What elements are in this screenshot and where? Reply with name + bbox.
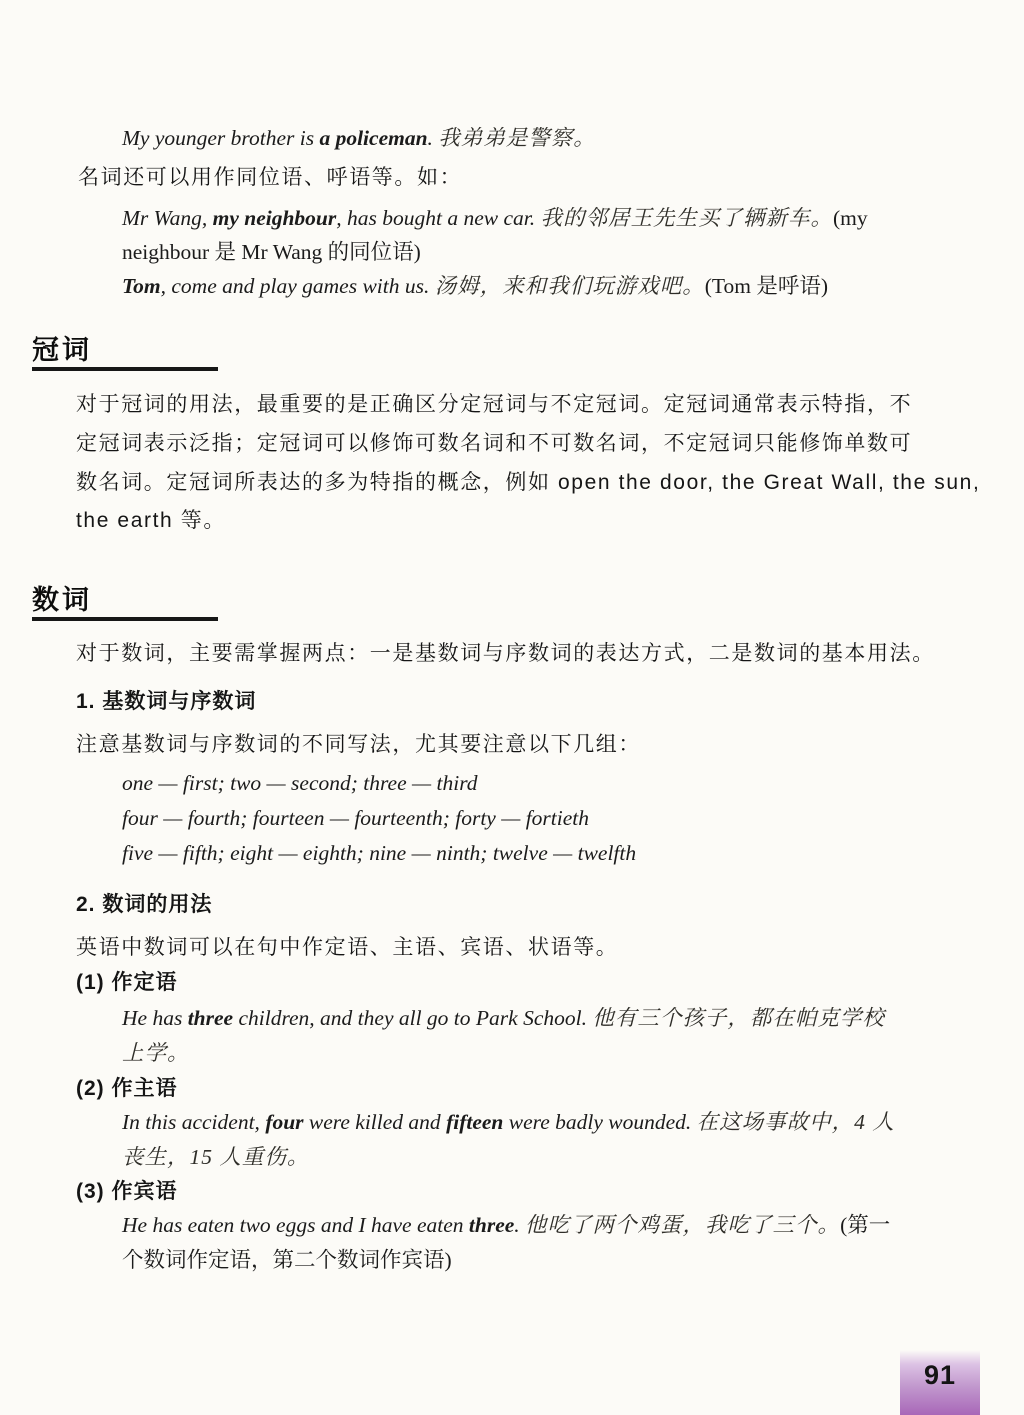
usage-1-example: He has three children, and they all go t… <box>122 1006 885 1031</box>
note-text: 个数词作定语，第二个数词作宾语) <box>122 1248 452 1272</box>
en-text: were badly wounded. <box>503 1110 696 1134</box>
en-bold-text: four <box>265 1110 303 1134</box>
noun-example-1: My younger brother is a policeman. 我弟弟是警… <box>122 126 596 151</box>
usage-2-example-continued: 丧生，15 人重伤。 <box>122 1145 309 1170</box>
usage-1-label: (1) 作定语 <box>76 971 178 995</box>
cn-translation: 他吃了两个鸡蛋，我吃了三个。 <box>525 1213 840 1237</box>
en-text: Mr Wang, <box>122 206 213 230</box>
note-text: (第一 <box>840 1213 890 1237</box>
page-number-badge: 91 <box>900 1350 980 1415</box>
articles-paragraph-line: 数名词。定冠词所表达的多为特指的概念，例如 open the door, the… <box>76 471 980 495</box>
noun-example-2-continued: neighbour 是 Mr Wang 的同位语) <box>122 240 421 265</box>
articles-paragraph-line: 定冠词表示泛指；定冠词可以修饰可数名词和不可数名词，不定冠词只能修饰单数可 <box>76 432 912 456</box>
usage-3-label: (3) 作宾语 <box>76 1180 178 1204</box>
en-bold-text: a policeman <box>319 126 427 150</box>
numeral-pairs-line: five — fifth; eight — eighth; nine — nin… <box>122 841 636 866</box>
cn-translation: 丧生，15 人重伤。 <box>122 1145 309 1169</box>
en-text: He has eaten two eggs and I have eaten <box>122 1213 469 1237</box>
en-bold-text: my neighbour <box>213 206 337 230</box>
usage-2-label: (2) 作主语 <box>76 1077 178 1101</box>
subsection-1-title: 1. 基数词与序数词 <box>76 690 256 714</box>
en-bold-text: fifteen <box>446 1110 503 1134</box>
note-text: neighbour 是 Mr Wang 的同位语) <box>122 240 421 264</box>
usage-2-example: In this accident, four were killed and f… <box>122 1110 895 1135</box>
en-text: were killed and <box>304 1110 447 1134</box>
en-text: In this accident, <box>122 1110 265 1134</box>
cn-translation: 上学。 <box>122 1041 190 1065</box>
section-heading-numerals: 数词 <box>32 586 218 621</box>
articles-paragraph-line: the earth 等。 <box>76 509 226 533</box>
page-number: 91 <box>924 1360 956 1391</box>
usage-1-example-continued: 上学。 <box>122 1041 190 1066</box>
cn-translation: 汤姆，来和我们玩游戏吧。 <box>435 274 705 298</box>
subsection-2-title: 2. 数词的用法 <box>76 893 212 917</box>
section-heading-articles: 冠词 <box>32 336 218 371</box>
en-text: . <box>428 126 439 150</box>
en-bold-text: Tom <box>122 274 161 298</box>
en-text: He has <box>122 1006 188 1030</box>
noun-intro-text: 名词还可以用作同位语、呼语等。如： <box>78 166 462 190</box>
textbook-page: My younger brother is a policeman. 我弟弟是警… <box>0 0 1024 1415</box>
en-bold-text: three <box>469 1213 514 1237</box>
usage-3-example: He has eaten two eggs and I have eaten t… <box>122 1213 890 1238</box>
numeral-pairs-line: four — fourth; fourteen — fourteenth; fo… <box>122 806 589 831</box>
cn-translation: 他有三个孩子，都在帕克学校 <box>592 1006 885 1030</box>
numerals-intro-text: 对于数词，主要需掌握两点：一是基数词与序数词的表达方式，二是数词的基本用法。 <box>76 642 935 666</box>
en-text: , come and play games with us. <box>161 274 435 298</box>
cn-translation: 我的邻居王先生买了辆新车。 <box>541 206 834 230</box>
cn-translation: 在这场事故中，4 人 <box>697 1110 895 1134</box>
articles-paragraph-line: 对于冠词的用法，最重要的是正确区分定冠词与不定冠词。定冠词通常表示特指，不 <box>76 393 912 417</box>
noun-example-2: Mr Wang, my neighbour, has bought a new … <box>122 206 868 231</box>
subsection-1-note: 注意基数词与序数词的不同写法，尤其要注意以下几组： <box>76 733 641 757</box>
subsection-2-intro: 英语中数词可以在句中作定语、主语、宾语、状语等。 <box>76 936 618 960</box>
note-text: (my <box>833 206 868 230</box>
noun-example-3: Tom, come and play games with us. 汤姆，来和我… <box>122 274 828 299</box>
en-bold-text: three <box>188 1006 233 1030</box>
en-text: children, and they all go to Park School… <box>233 1006 592 1030</box>
en-text: My younger brother is <box>122 126 319 150</box>
en-text: . <box>514 1213 525 1237</box>
numeral-pairs-line: one — first; two — second; three — third <box>122 771 478 796</box>
note-text: (Tom 是呼语) <box>705 274 828 298</box>
cn-translation: 我弟弟是警察。 <box>438 126 596 150</box>
en-text: , has bought a new car. <box>336 206 540 230</box>
usage-3-example-continued: 个数词作定语，第二个数词作宾语) <box>122 1248 452 1273</box>
